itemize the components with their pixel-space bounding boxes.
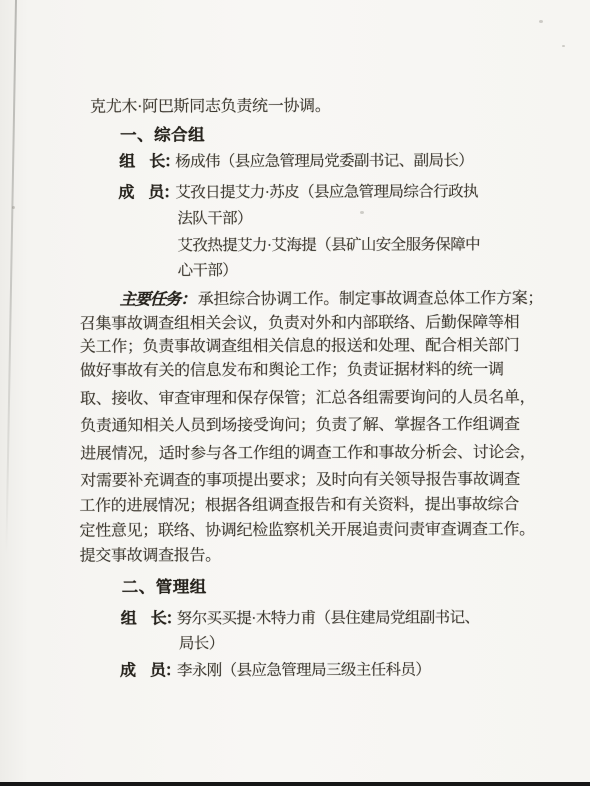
tasks-line: 召集事故调查组相关会议，负责对外和内部联络、后勤保障等相 bbox=[80, 315, 520, 333]
roster-label-members: 成 员： bbox=[118, 185, 178, 201]
roster-line: 杨成伟（县应急管理局党委副书记、副局长） bbox=[175, 153, 473, 170]
roster-label-members: 成 员： bbox=[120, 663, 180, 679]
tasks-line: 做好事故有关的信息发布和舆论工作；负责证据材料的统一调 bbox=[80, 362, 504, 379]
roster-line: 法队干部） bbox=[177, 211, 252, 227]
tasks-line: 工作的进展情况；根据各组调查报告和有关资料，提出事故综合 bbox=[79, 497, 519, 515]
roster-label-leader: 组 长： bbox=[121, 611, 181, 627]
roster-line: 努尔买买提·木特力甫（县住建局党组副书记、 bbox=[177, 610, 480, 627]
intro-line: 克尤木·阿巴斯同志负责统一协调。 bbox=[90, 99, 331, 116]
document-content: 克尤木·阿巴斯同志负责统一协调。 一、综合组 组 长： 杨成伟（县应急管理局党委… bbox=[0, 0, 590, 786]
roster-line: 艾孜日提艾力·苏皮（县应急管理局综合行政执 bbox=[175, 184, 478, 201]
tasks-line: 对需要补充调查的事项提出要求；及时向有关领导报告事故调查 bbox=[80, 472, 520, 490]
section-2-heading: 二、管理组 bbox=[122, 579, 207, 595]
tasks-line: 负责通知相关人员到场接受询问；负责了解、掌握各工作组调查 bbox=[80, 417, 520, 435]
tasks-line: 关工作；负责事故调查组相关信息的报送和处理、配合相关部门 bbox=[80, 338, 520, 356]
scanned-document-page: 克尤木·阿巴斯同志负责统一协调。 一、综合组 组 长： 杨成伟（县应急管理局党委… bbox=[0, 0, 590, 786]
scan-artifact-bottom-bar bbox=[0, 782, 590, 786]
roster-line: 局长） bbox=[179, 636, 224, 652]
tasks-line: 定性意见；联络、协调纪检监察机关开展追责问责审查调查工作。 bbox=[79, 522, 534, 540]
tasks-line: 承担综合协调工作。制定事故调查总体工作方案； bbox=[198, 290, 543, 308]
tasks-first-line: 主要任务：承担综合协调工作。制定事故调查总体工作方案； bbox=[120, 291, 543, 308]
tasks-label: 主要任务： bbox=[120, 291, 196, 308]
roster-label-leader: 组 长： bbox=[119, 154, 179, 170]
tasks-line: 取、接收、审查审理和保存保管；汇总各组需要询问的人员名单， bbox=[80, 390, 535, 408]
roster-line: 李永刚（县应急管理局三级主任科员） bbox=[177, 663, 430, 680]
section-1-heading: 一、综合组 bbox=[120, 127, 205, 143]
roster-line: 心干部） bbox=[178, 263, 238, 279]
tasks-line: 提交事故调查报告。 bbox=[80, 548, 221, 564]
roster-line: 艾孜热提艾力·艾海提（县矿山安全服务保障中 bbox=[177, 237, 480, 254]
tasks-line: 进展情况，适时参与各工作组的调查工作和事故分析会、讨论会， bbox=[80, 445, 535, 463]
